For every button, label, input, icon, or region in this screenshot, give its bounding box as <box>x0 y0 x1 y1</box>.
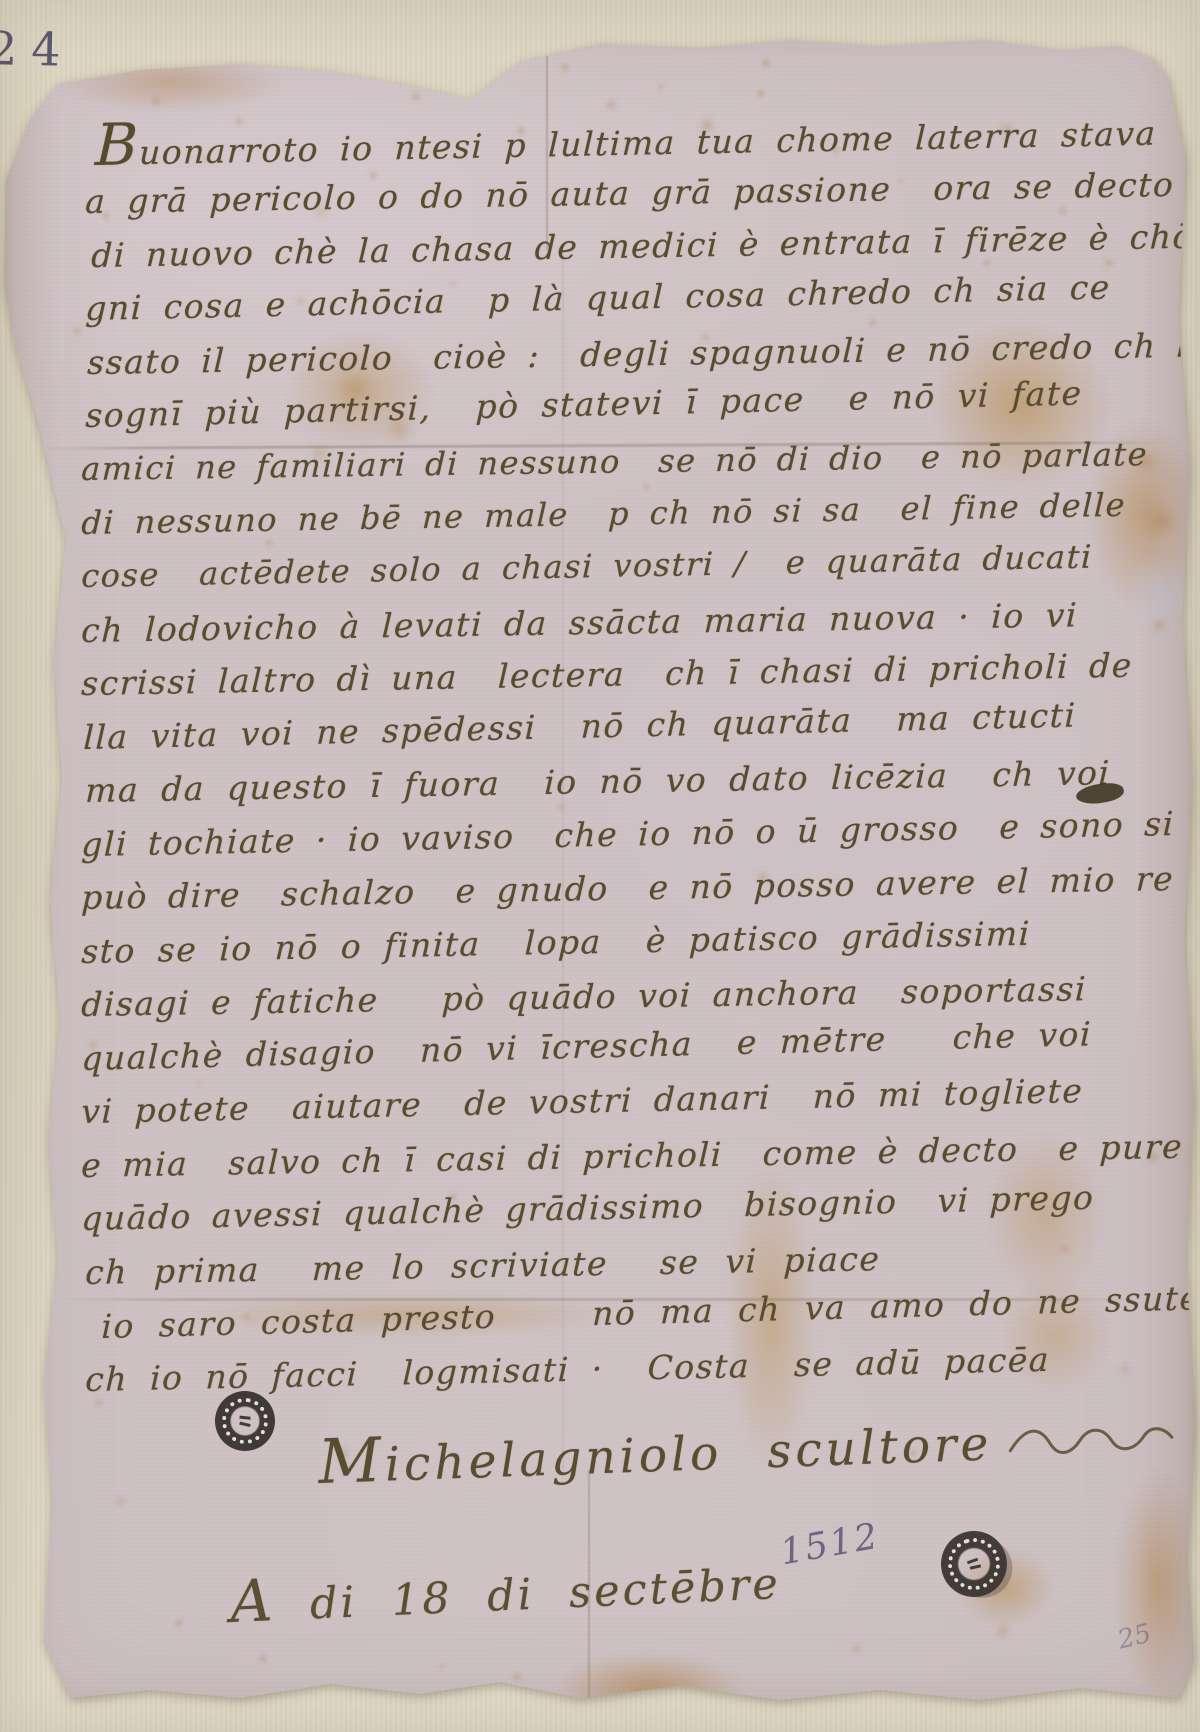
manuscript-line: Buonarroto io ntesi p lultima tua chome … <box>95 108 1158 173</box>
vertical-fold-crease <box>562 250 564 1470</box>
manuscript-line: sognī più partirsi, pò statevi ī pace e … <box>85 373 1083 435</box>
manuscript-line: scrissi laltro dì una lectera ch ī chasi… <box>81 646 1134 703</box>
water-stain <box>1115 1470 1200 1700</box>
manuscript-line: di nessuno ne bē ne male p ch nō si sa e… <box>81 486 1127 542</box>
signature-flourish-icon <box>1005 1415 1176 1465</box>
manuscript-line: amici ne familiari di nessuno se nō di d… <box>81 435 1149 488</box>
manuscript-line: ch prima me lo scriviate se vi piace <box>85 1239 881 1292</box>
manuscript-line: lla vita voi ne spēdessi nō ch quarāta m… <box>83 695 1077 757</box>
manuscript-line: e mia salvo ch ī casi di pricholi come è… <box>81 1127 1184 1185</box>
manuscript-line: quādo avessi qualchè grādissimo bisognio… <box>81 1178 1095 1238</box>
manuscript-line: ch lodovicho à levati da ssācta maria nu… <box>81 595 1079 650</box>
ink-smudge <box>1126 552 1194 634</box>
year-annotation-pencil: 1512 <box>777 1516 882 1574</box>
manuscript-line: ma da questo ī fuora io nō vo dato licēz… <box>85 753 1112 810</box>
letter-paper-surface: Buonarroto io ntesi p lultima tua chome … <box>0 0 1200 1732</box>
signature-line: Michelagniolo scultore <box>317 1397 1177 1498</box>
manuscript-letter-photo: 24 Buonarroto io ntesi p lultima tua cho… <box>0 0 1200 1732</box>
folio-number-pencil: 25 <box>1115 1618 1154 1655</box>
water-stain <box>555 1652 745 1722</box>
manuscript-line: ch io nō facci logmisati · Costa se adū … <box>85 1340 1051 1399</box>
letter-paper: Buonarroto io ntesi p lultima tua chome … <box>0 0 1200 1732</box>
date-line: A di 18 di sectēbre <box>229 1544 782 1636</box>
signature: Michelagniolo scultore <box>317 1416 993 1494</box>
manuscript-line: di nuovo chè la chasa de medici è entrat… <box>91 217 1195 275</box>
manuscript-line: cose actēdete solo a chasi vostri / e qu… <box>81 538 1094 595</box>
library-stamp-icon <box>210 1386 280 1456</box>
library-stamp-icon <box>933 1523 1015 1605</box>
manuscript-line: gni cosa e achōcia p là qual cosa chredo… <box>85 268 1112 329</box>
manuscript-line: sto se io nō o finita lopa è patisco grā… <box>81 914 1032 971</box>
manuscript-line: gli tochiate · io vaviso che io nō o ū g… <box>81 804 1176 864</box>
manuscript-line: può dire schalzo e gnudo e nō posso aver… <box>81 859 1175 917</box>
manuscript-line: qualchè disagio nō vi īcrescha e mētre c… <box>81 1014 1093 1078</box>
manuscript-line: vi potete aiutare de vostri danari nō mi… <box>81 1071 1084 1131</box>
foxing-spots <box>0 0 2 2</box>
water-stain <box>55 52 285 112</box>
manuscript-line: a grā pericolo o do nō auta grā passione… <box>85 165 1176 221</box>
manuscript-line: disagi e fatiche pò quādo voi anchora so… <box>81 969 1088 1024</box>
